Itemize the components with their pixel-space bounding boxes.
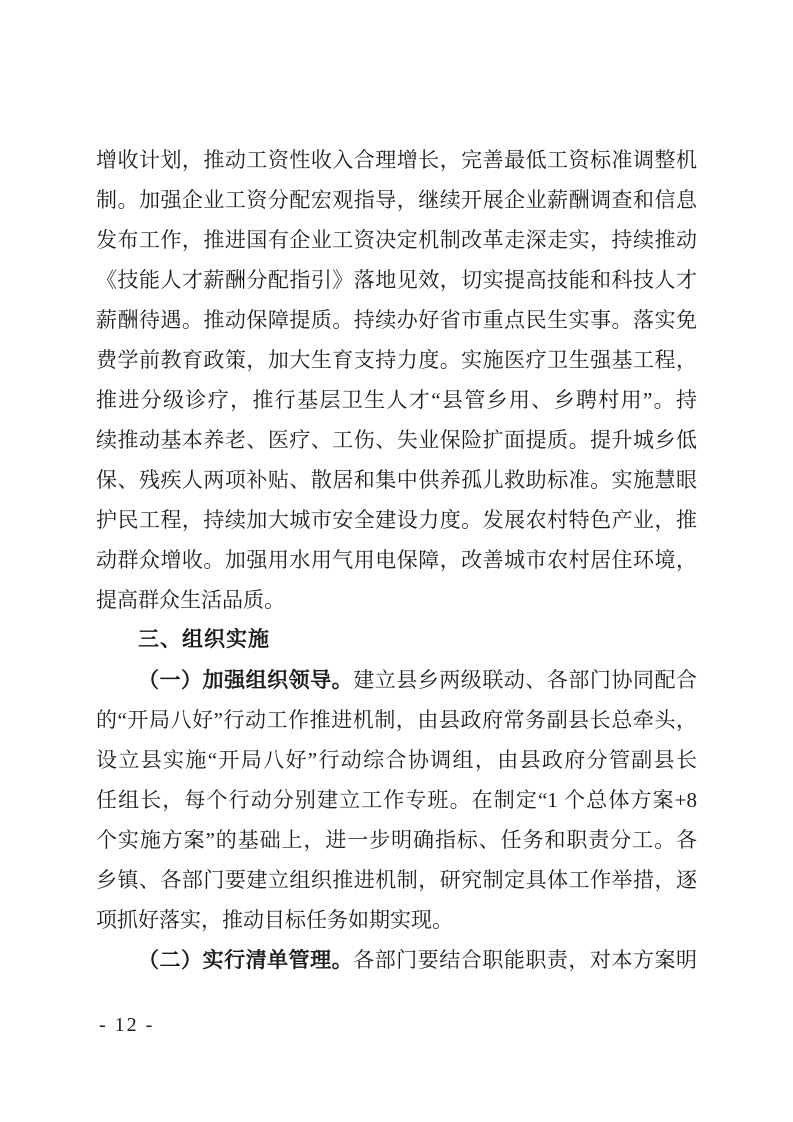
- text-line: （一）加强组织领导。建立县乡两级联动、各部门协同配合: [96, 660, 697, 700]
- text-line: 增收计划，推动工资性收入合理增长，完善最低工资标准调整机: [96, 140, 697, 180]
- text-line: 乡镇、各部门要建立组织推进机制，研究制定具体工作举措，逐: [96, 860, 697, 900]
- text-segment: 各部门要结合职能职责，对本方案明: [353, 948, 697, 972]
- text-segment: 乡镇、各部门要建立组织推进机制，研究制定具体工作举措，逐: [96, 868, 697, 892]
- document-body: 增收计划，推动工资性收入合理增长，完善最低工资标准调整机制。加强企业工资分配宏观…: [96, 140, 697, 980]
- text-segment: 护民工程，持续加大城市安全建设力度。发展农村特色产业，推: [96, 508, 697, 532]
- text-segment: 薪酬待遇。推动保障提质。持续办好省市重点民生实事。落实免: [96, 308, 697, 332]
- text-segment: 保、残疾人两项补贴、散居和集中供养孤儿救助标准。实施慧眼: [96, 468, 697, 492]
- text-line: 制。加强企业工资分配宏观指导，继续开展企业薪酬调查和信息: [96, 180, 697, 220]
- text-segment: 项抓好落实，推动目标任务如期实现。: [96, 908, 453, 932]
- text-line: 推进分级诊疗，推行基层卫生人才“县管乡用、乡聘村用”。持: [96, 380, 697, 420]
- text-line: 薪酬待遇。推动保障提质。持续办好省市重点民生实事。落实免: [96, 300, 697, 340]
- text-segment: 动群众增收。加强用水用气用电保障，改善城市农村居住环境，: [96, 548, 697, 572]
- text-line: （二）实行清单管理。各部门要结合职能职责，对本方案明: [96, 940, 697, 980]
- text-segment: 提高群众生活品质。: [96, 588, 285, 612]
- text-line: 《技能人才薪酬分配指引》落地见效，切实提高技能和科技人才: [96, 260, 697, 300]
- text-line: 护民工程，持续加大城市安全建设力度。发展农村特色产业，推: [96, 500, 697, 540]
- text-line: 设立县实施“开局八好”行动综合协调组，由县政府分管副县长: [96, 740, 697, 780]
- bold-text-segment: （一）加强组织领导。: [138, 668, 353, 692]
- text-line: 提高群众生活品质。: [96, 580, 697, 620]
- text-line: 动群众增收。加强用水用气用电保障，改善城市农村居住环境，: [96, 540, 697, 580]
- text-segment: 续推动基本养老、医疗、工伤、失业保险扩面提质。提升城乡低: [96, 428, 697, 452]
- text-line: 个实施方案”的基础上，进一步明确指标、任务和职责分工。各: [96, 820, 697, 860]
- text-segment: 任组长，每个行动分别建立工作专班。在制定“1 个总体方案+8: [96, 788, 697, 812]
- text-line: 的“开局八好”行动工作推进机制，由县政府常务副县长总牵头，: [96, 700, 697, 740]
- section-heading: 三、组织实施: [96, 620, 697, 660]
- text-segment: 费学前教育政策，加大生育支持力度。实施医疗卫生强基工程，: [96, 348, 697, 372]
- text-segment: 建立县乡两级联动、各部门协同配合: [353, 668, 697, 692]
- text-segment: 设立县实施“开局八好”行动综合协调组，由县政府分管副县长: [96, 748, 697, 772]
- text-line: 发布工作，推进国有企业工资决定机制改革走深走实，持续推动: [96, 220, 697, 260]
- text-line: 费学前教育政策，加大生育支持力度。实施医疗卫生强基工程，: [96, 340, 697, 380]
- text-segment: 《技能人才薪酬分配指引》落地见效，切实提高技能和科技人才: [96, 268, 697, 292]
- text-line: 保、残疾人两项补贴、散居和集中供养孤儿救助标准。实施慧眼: [96, 460, 697, 500]
- text-segment: 发布工作，推进国有企业工资决定机制改革走深走实，持续推动: [96, 228, 697, 252]
- text-segment: 制。加强企业工资分配宏观指导，继续开展企业薪酬调查和信息: [96, 188, 697, 212]
- text-segment: 的“开局八好”行动工作推进机制，由县政府常务副县长总牵头，: [96, 708, 697, 732]
- document-page: 增收计划，推动工资性收入合理增长，完善最低工资标准调整机制。加强企业工资分配宏观…: [0, 0, 793, 1122]
- text-segment: 个实施方案”的基础上，进一步明确指标、任务和职责分工。各: [96, 828, 697, 852]
- bold-text-segment: 三、组织实施: [138, 628, 270, 651]
- bold-text-segment: （二）实行清单管理。: [138, 948, 353, 972]
- text-line: 任组长，每个行动分别建立工作专班。在制定“1 个总体方案+8: [96, 780, 697, 820]
- text-line: 续推动基本养老、医疗、工伤、失业保险扩面提质。提升城乡低: [96, 420, 697, 460]
- text-segment: 推进分级诊疗，推行基层卫生人才“县管乡用、乡聘村用”。持: [96, 388, 697, 412]
- text-line: 项抓好落实，推动目标任务如期实现。: [96, 900, 697, 940]
- text-segment: 增收计划，推动工资性收入合理增长，完善最低工资标准调整机: [96, 148, 697, 172]
- page-number: - 12 -: [99, 1012, 154, 1038]
